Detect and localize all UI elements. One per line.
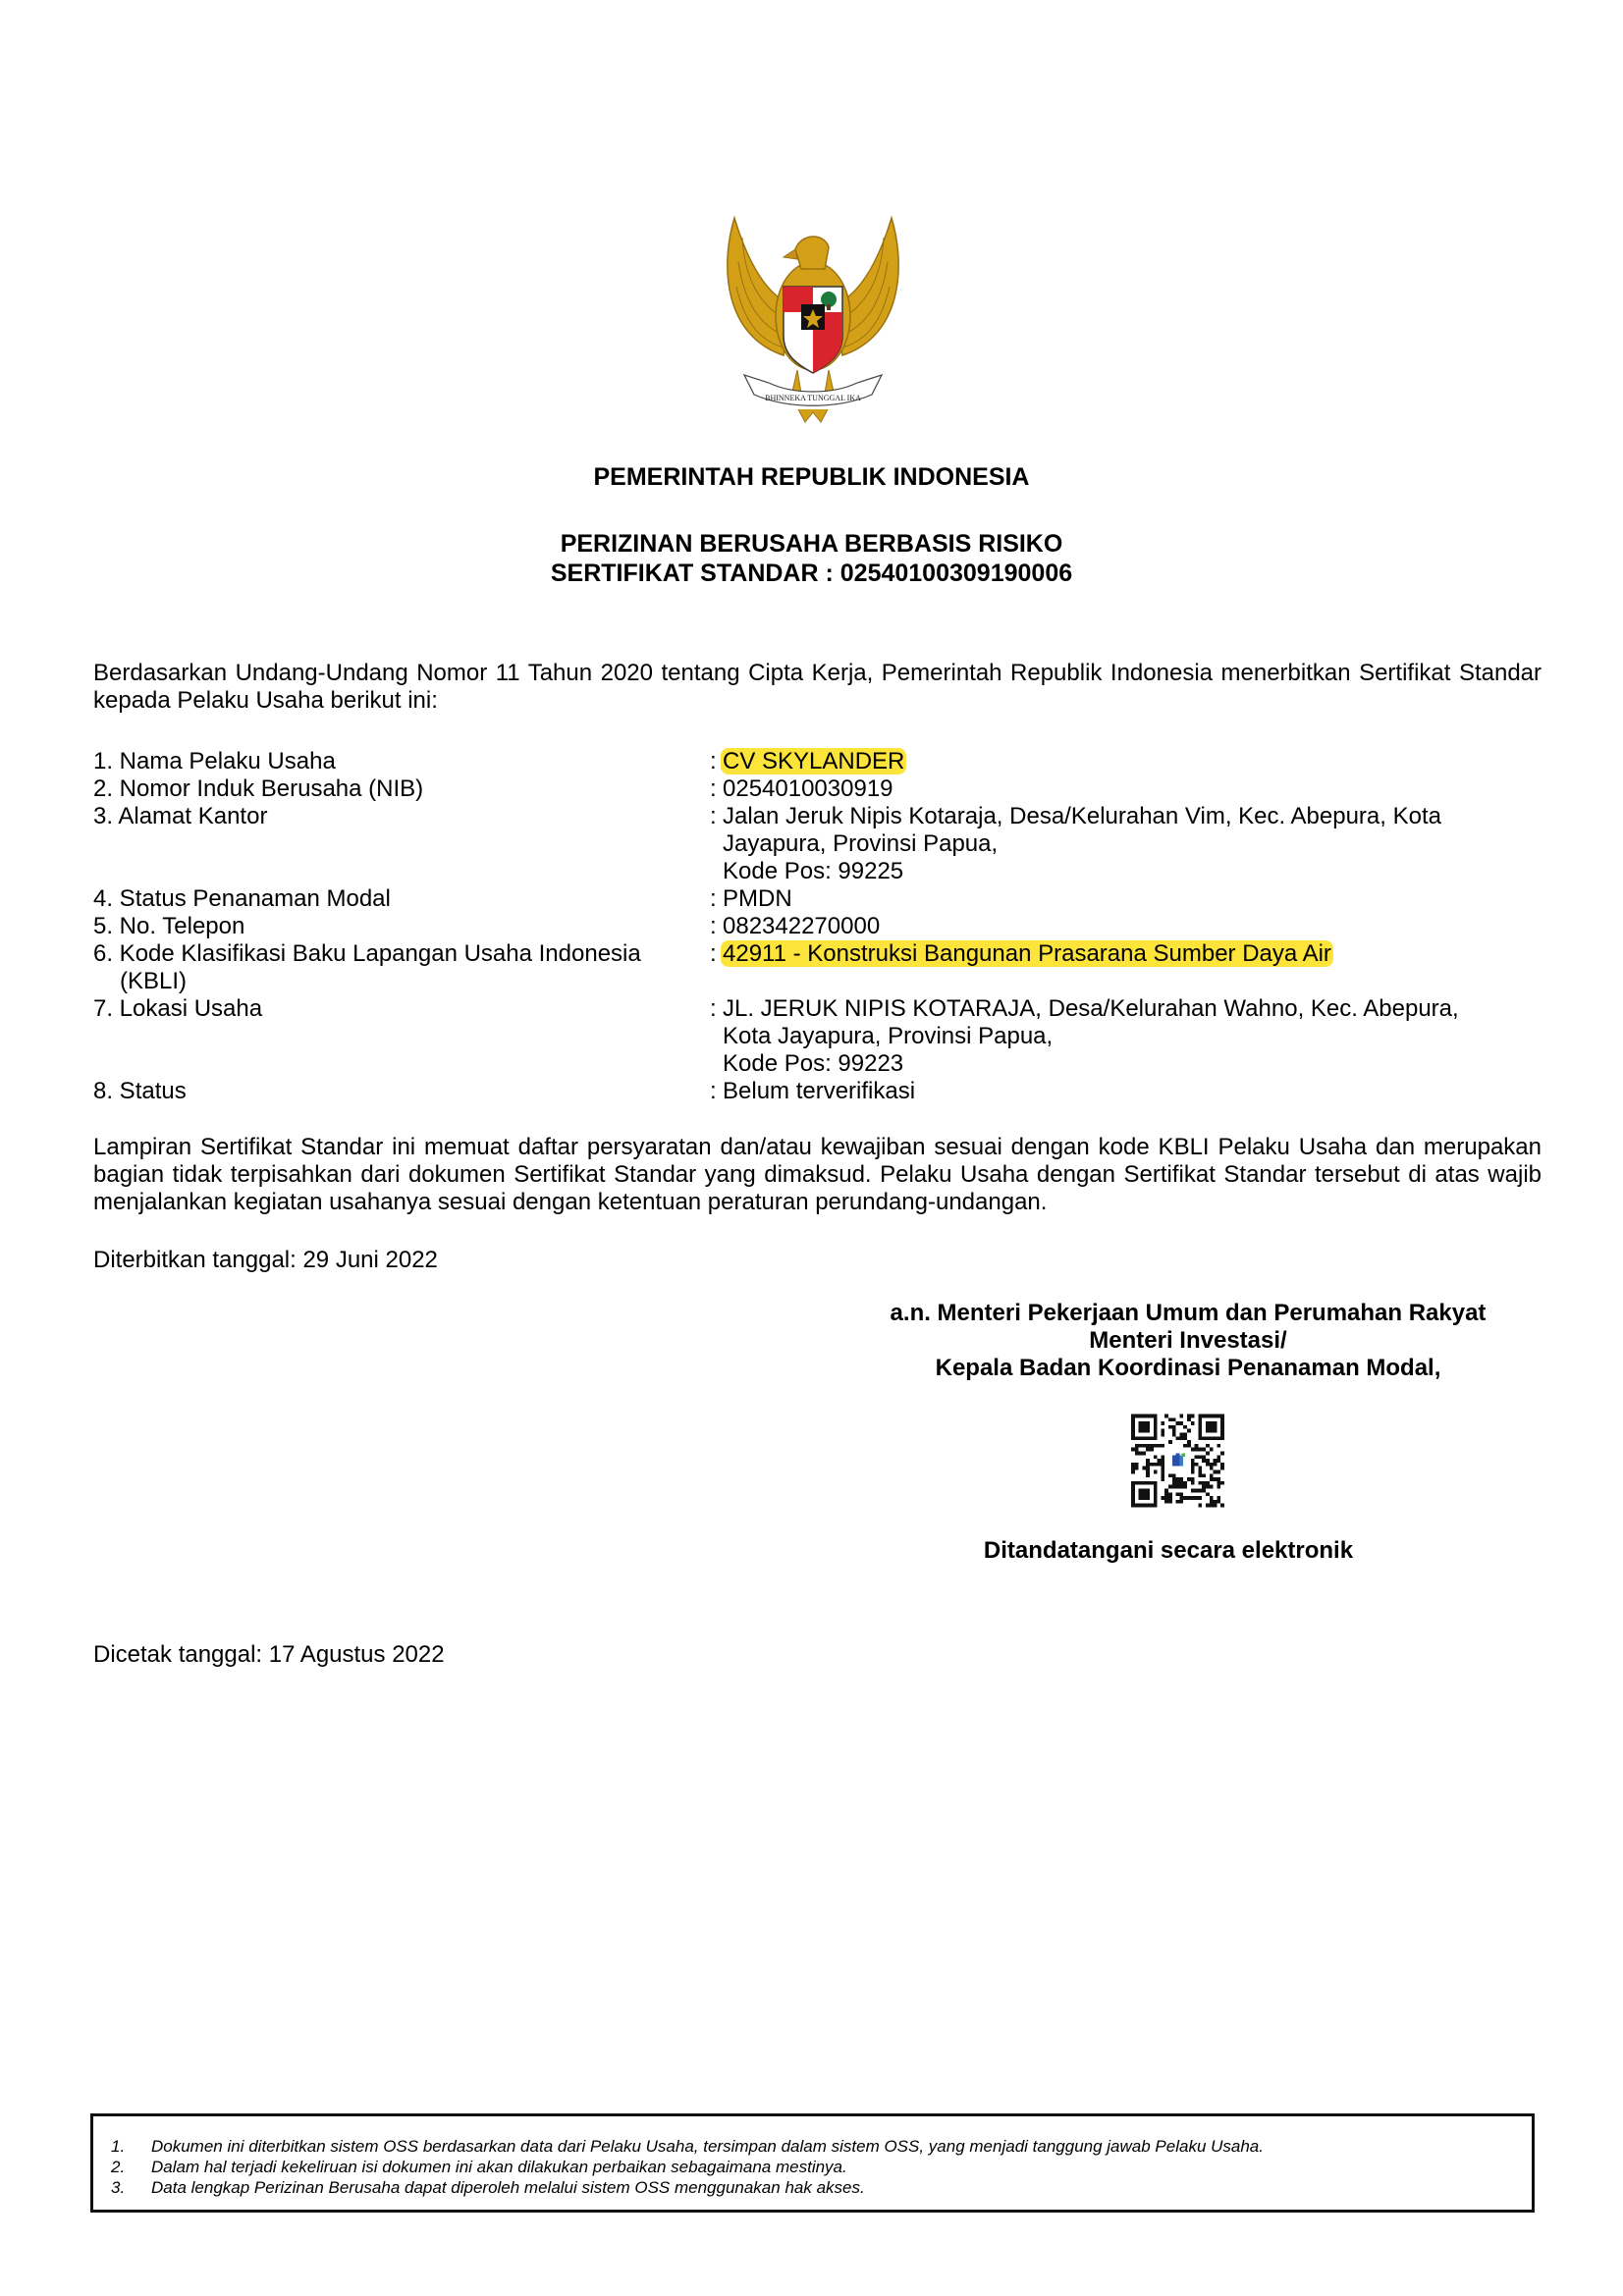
field-value: :JL. JERUK NIPIS KOTARAJA, Desa/Keluraha…: [710, 995, 1542, 1078]
field-label: 6. Kode Klasifikasi Baku Lapangan Usaha …: [93, 940, 710, 995]
field-value-text: 42911 - Konstruksi Bangunan Prasarana Su…: [721, 940, 1333, 967]
field-value-line: Jayapura, Provinsi Papua,: [723, 830, 1542, 858]
field-label-continuation: (KBLI): [93, 968, 710, 995]
field-label-text: 7. Lokasi Usaha: [93, 995, 262, 1022]
signatory-line-1: a.n. Menteri Pekerjaan Umum dan Perumaha…: [854, 1300, 1522, 1327]
field-row: 7. Lokasi Usaha:JL. JERUK NIPIS KOTARAJA…: [93, 995, 1542, 1078]
field-row: 3. Alamat Kantor:Jalan Jeruk Nipis Kotar…: [93, 803, 1542, 885]
field-row: 8. Status:Belum terverifikasi: [93, 1078, 1542, 1105]
field-label: 3. Alamat Kantor: [93, 803, 710, 885]
government-heading: PEMERINTAH REPUBLIK INDONESIA: [0, 463, 1623, 492]
field-separator: :: [710, 775, 723, 803]
field-label-text: 2. Nomor Induk Berusaha (NIB): [93, 775, 423, 802]
field-label: 8. Status: [93, 1078, 710, 1105]
field-label-text: 5. No. Telepon: [93, 913, 244, 939]
field-separator: :: [710, 913, 723, 940]
field-row: 2. Nomor Induk Berusaha (NIB):0254010030…: [93, 775, 1542, 803]
disclaimer-box: 1.Dokumen ini diterbitkan sistem OSS ber…: [90, 2113, 1535, 2213]
business-details: 1. Nama Pelaku Usaha:CV SKYLANDER2. Nomo…: [93, 748, 1542, 1105]
field-label: 4. Status Penanaman Modal: [93, 885, 710, 913]
field-value-line: JL. JERUK NIPIS KOTARAJA, Desa/Kelurahan…: [723, 995, 1542, 1023]
field-value-text: 0254010030919: [723, 775, 893, 802]
issued-date: Diterbitkan tanggal: 29 Juni 2022: [93, 1247, 438, 1274]
field-label-text: 3. Alamat Kantor: [93, 803, 267, 829]
certificate-number: SERTIFIKAT STANDAR : 02540100309190006: [0, 560, 1623, 588]
printed-date: Dicetak tanggal: 17 Agustus 2022: [93, 1641, 445, 1669]
field-row: 4. Status Penanaman Modal:PMDN: [93, 885, 1542, 913]
attachment-paragraph: Lampiran Sertifikat Standar ini memuat d…: [93, 1134, 1542, 1216]
field-row: 6. Kode Klasifikasi Baku Lapangan Usaha …: [93, 940, 1542, 995]
disclaimer-text: Data lengkap Perizinan Berusaha dapat di…: [151, 2177, 865, 2198]
disclaimer-text: Dalam hal terjadi kekeliruan isi dokumen…: [151, 2157, 847, 2177]
field-value: :42911 - Konstruksi Bangunan Prasarana S…: [710, 940, 1542, 995]
field-value-line: Kode Pos: 99223: [723, 1050, 1542, 1078]
disclaimer-number: 1.: [111, 2136, 151, 2157]
field-label: 2. Nomor Induk Berusaha (NIB): [93, 775, 710, 803]
field-separator: :: [710, 1078, 723, 1105]
field-separator: :: [710, 995, 723, 1078]
field-value-line: Kota Jayapura, Provinsi Papua,: [723, 1023, 1542, 1050]
signatory-block: a.n. Menteri Pekerjaan Umum dan Perumaha…: [854, 1300, 1522, 1382]
field-value-text: 082342270000: [723, 913, 880, 939]
field-value-text: Belum terverifikasi: [723, 1078, 915, 1104]
field-label-text: 6. Kode Klasifikasi Baku Lapangan Usaha …: [93, 940, 641, 967]
field-label: 7. Lokasi Usaha: [93, 995, 710, 1078]
signatory-line-3: Kepala Badan Koordinasi Penanaman Modal,: [854, 1355, 1522, 1382]
field-value: :CV SKYLANDER: [710, 748, 1542, 775]
disclaimer-item: 1.Dokumen ini diterbitkan sistem OSS ber…: [111, 2136, 1264, 2157]
field-value: :082342270000: [710, 913, 1542, 940]
intro-paragraph: Berdasarkan Undang-Undang Nomor 11 Tahun…: [93, 660, 1542, 715]
field-row: 5. No. Telepon:082342270000: [93, 913, 1542, 940]
field-value-text: CV SKYLANDER: [721, 748, 906, 774]
field-value: :Belum terverifikasi: [710, 1078, 1542, 1105]
field-value-line: Kode Pos: 99225: [723, 858, 1542, 885]
field-value: :PMDN: [710, 885, 1542, 913]
signatory-line-2: Menteri Investasi/: [854, 1327, 1522, 1355]
disclaimer-text: Dokumen ini diterbitkan sistem OSS berda…: [151, 2136, 1264, 2157]
field-separator: :: [710, 803, 723, 885]
qr-code-icon: [1131, 1414, 1224, 1508]
field-label: 1. Nama Pelaku Usaha: [93, 748, 710, 775]
field-label-text: 1. Nama Pelaku Usaha: [93, 748, 336, 774]
field-value: :0254010030919: [710, 775, 1542, 803]
field-separator: :: [710, 885, 723, 913]
disclaimer-number: 2.: [111, 2157, 151, 2177]
field-value-line: Jalan Jeruk Nipis Kotaraja, Desa/Kelurah…: [723, 803, 1542, 830]
disclaimer-number: 3.: [111, 2177, 151, 2198]
disclaimer-item: 2.Dalam hal terjadi kekeliruan isi dokum…: [111, 2157, 1264, 2177]
field-value-text: PMDN: [723, 885, 792, 912]
garuda-emblem-icon: BHINNEKA TUNGGAL IKA: [715, 208, 911, 428]
field-value: :Jalan Jeruk Nipis Kotaraja, Desa/Kelura…: [710, 803, 1542, 885]
field-label-text: 4. Status Penanaman Modal: [93, 885, 391, 912]
field-row: 1. Nama Pelaku Usaha:CV SKYLANDER: [93, 748, 1542, 775]
disclaimer-item: 3.Data lengkap Perizinan Berusaha dapat …: [111, 2177, 1264, 2198]
field-label-text: 8. Status: [93, 1078, 187, 1104]
electronic-signature-label: Ditandatangani secara elektronik: [943, 1537, 1394, 1565]
document-title: PERIZINAN BERUSAHA BERBASIS RISIKO: [0, 530, 1623, 559]
svg-text:BHINNEKA TUNGGAL IKA: BHINNEKA TUNGGAL IKA: [765, 394, 861, 402]
field-label: 5. No. Telepon: [93, 913, 710, 940]
